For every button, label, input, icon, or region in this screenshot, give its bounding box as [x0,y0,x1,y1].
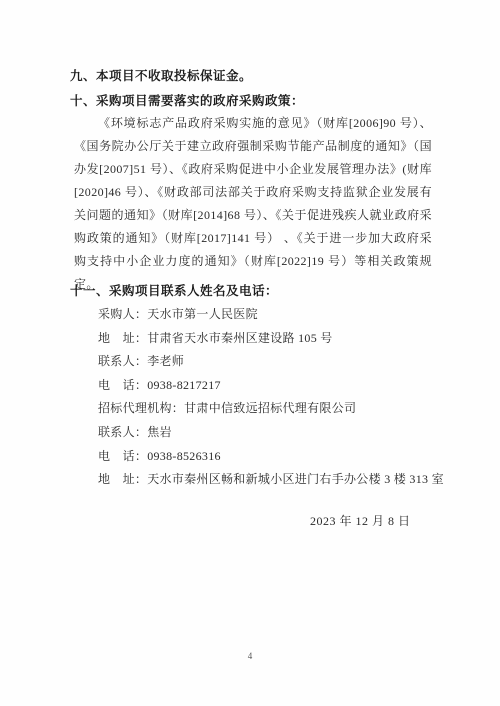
contact-line-agency: 招标代理机构：甘肃中信致远招标代理有限公司 [98,397,438,421]
contact-info-list: 采购人：天水市第一人民医院 地 址：甘肃省天水市秦州区建设路 105 号 联系人… [98,303,438,492]
contact-line-agency-phone: 电 话：0938-8526316 [98,445,438,469]
contact-line-purchaser-phone: 电 话：0938-8217217 [98,374,438,398]
document-page: 九、本项目不收取投标保证金。 十、采购项目需要落实的政府采购政策： 《环境标志产… [0,0,500,706]
contact-line-purchaser-address: 地 址：甘肃省天水市秦州区建设路 105 号 [98,327,438,351]
section-11-heading: 十一、采购项目联系人姓名及电话： [70,281,278,299]
contact-line-agency-contact: 联系人：焦岩 [98,421,438,445]
section-10-heading: 十、采购项目需要落实的政府采购政策： [70,91,304,109]
contact-line-purchaser: 采购人：天水市第一人民医院 [98,303,438,327]
policy-paragraph: 《环境标志产品政府采购实施的意见》（财库[2006]90 号）、《国务院办公厅关… [74,112,432,296]
document-date: 2023 年 12 月 8 日 [310,512,411,529]
contact-line-agency-address: 地 址：天水市秦州区畅和新城小区进门右手办公楼 3 楼 313 室 [98,468,438,492]
section-9-heading: 九、本项目不收取投标保证金。 [70,66,252,84]
contact-line-purchaser-contact: 联系人：李老师 [98,350,438,374]
page-number: 4 [0,651,500,661]
